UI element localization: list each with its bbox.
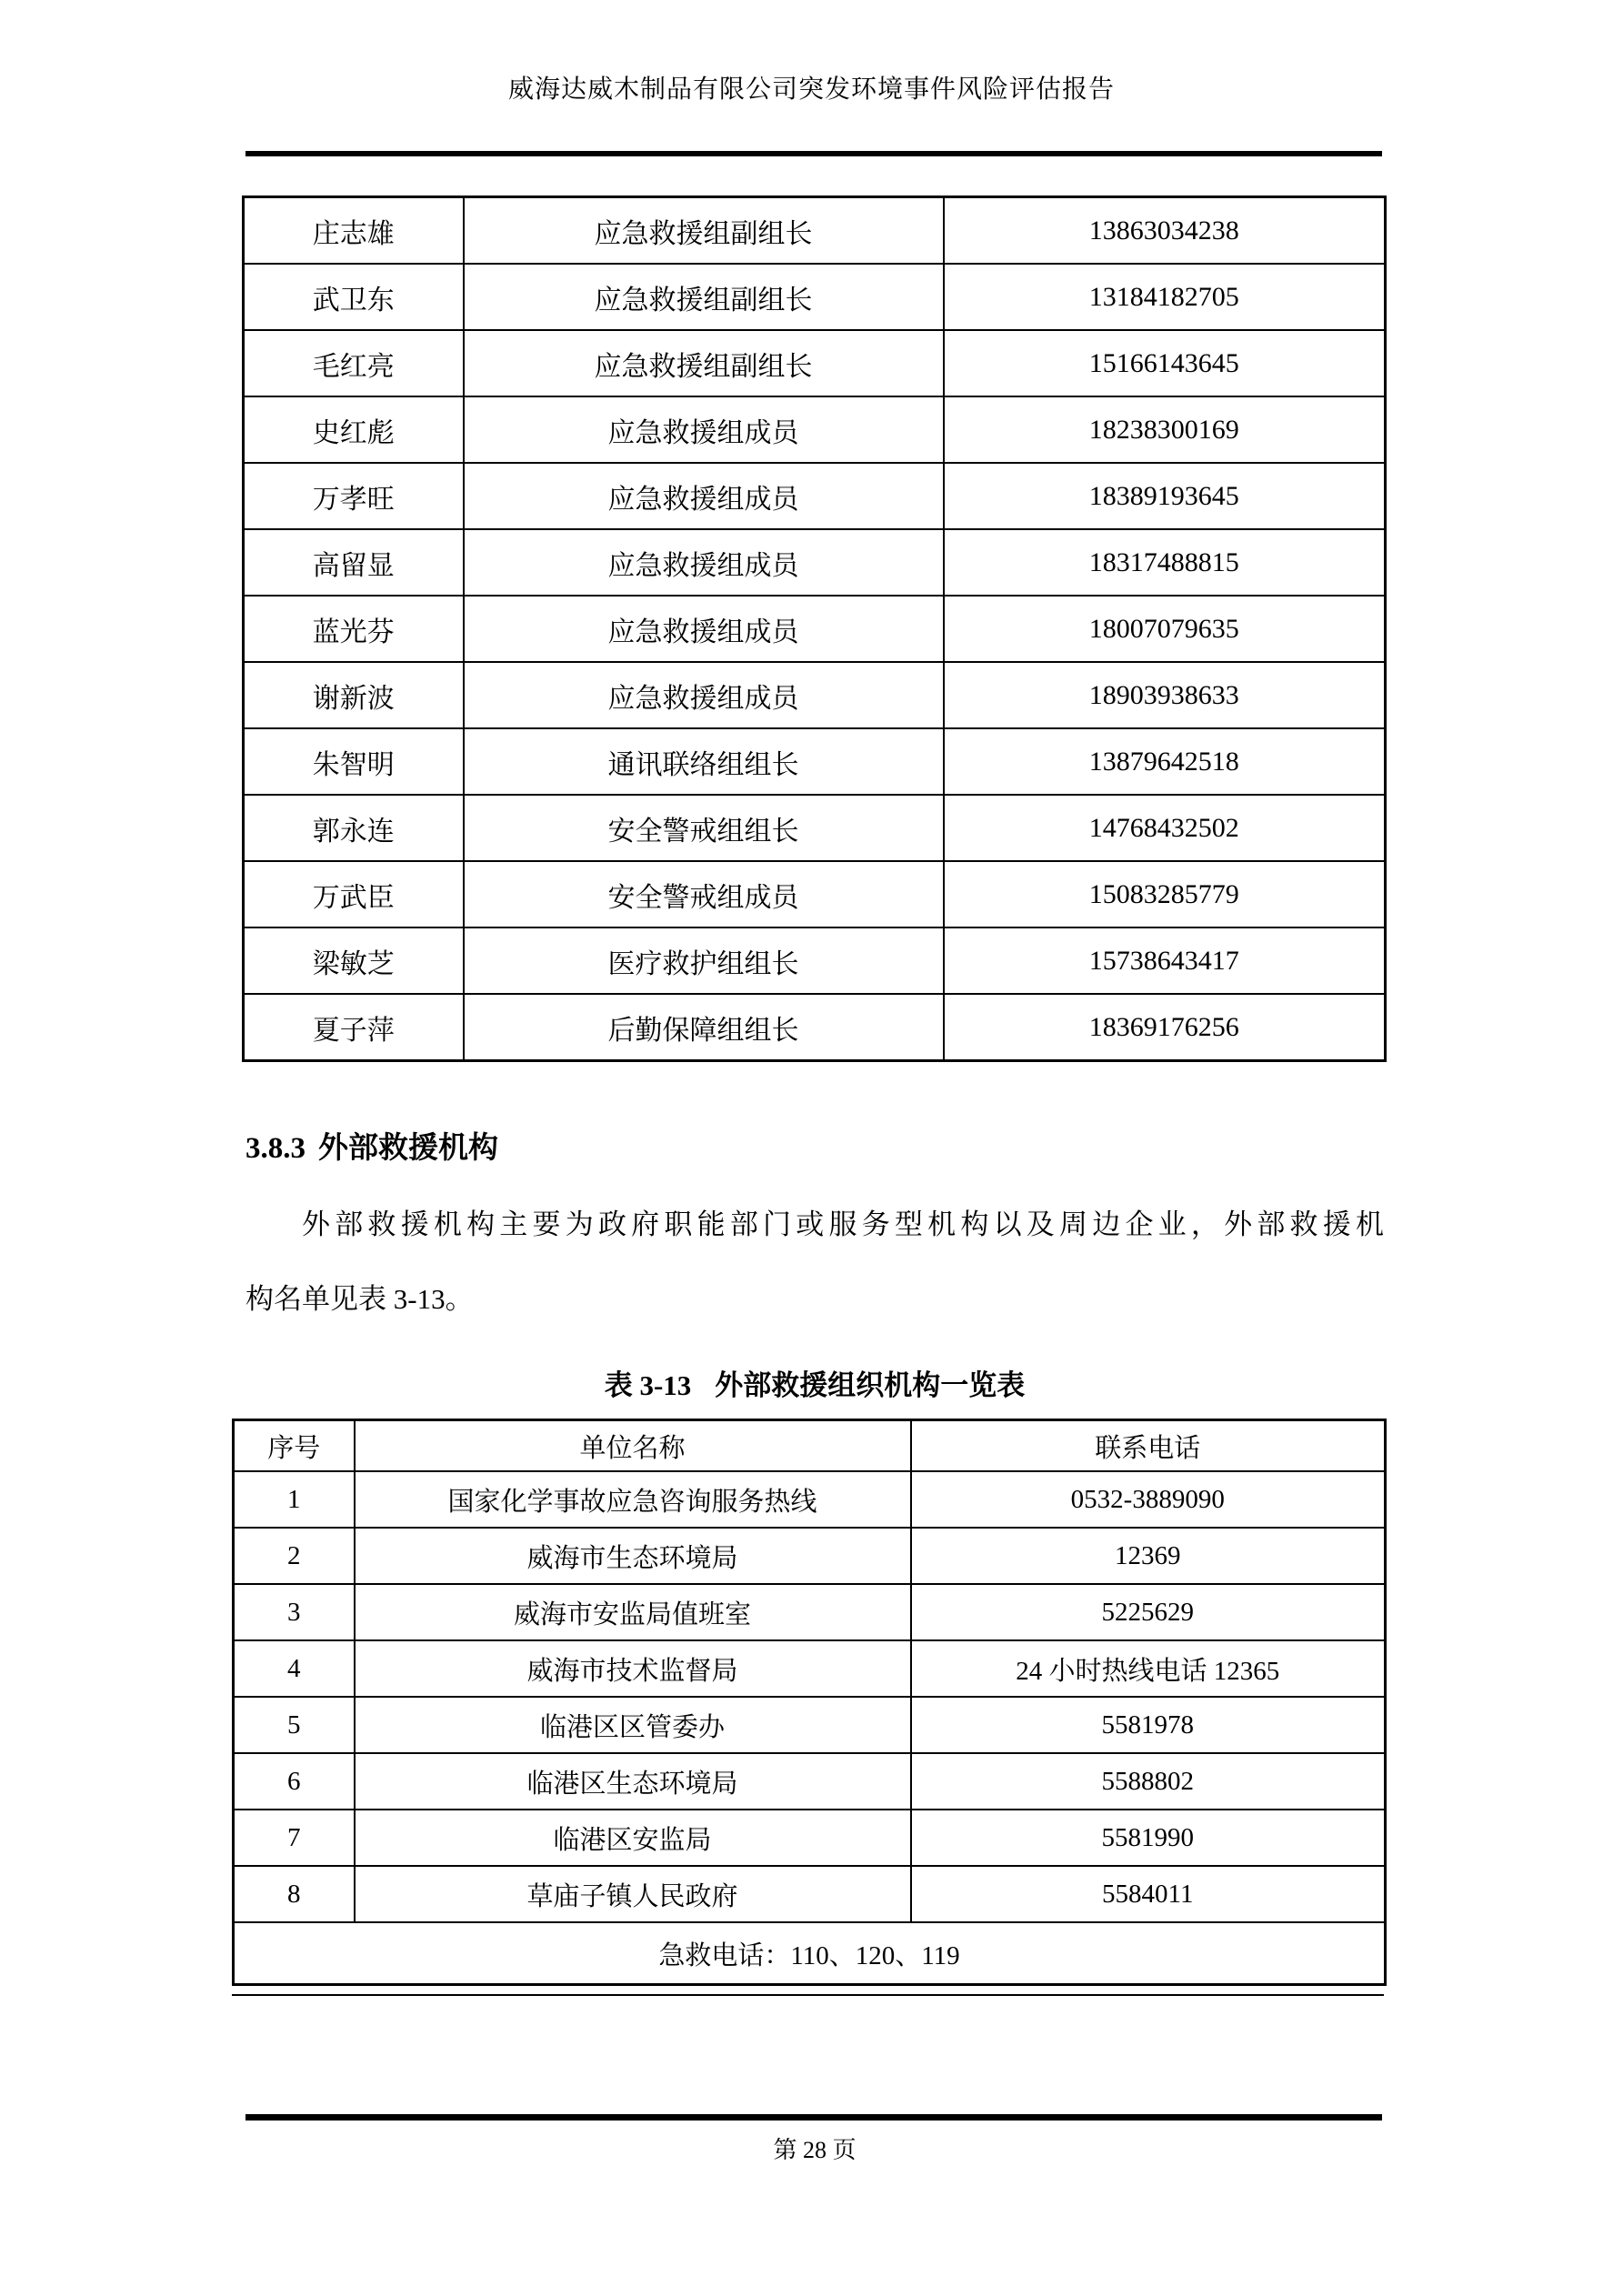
table-row: 郭永连 安全警戒组组长 14768432502 <box>244 795 1386 861</box>
section-heading: 3.8.3外部救援机构 <box>245 1124 498 1167</box>
table-row: 8 草庙子镇人民政府 5584011 <box>234 1866 1386 1922</box>
member-name: 万武臣 <box>244 861 464 927</box>
unit-name: 草庙子镇人民政府 <box>355 1866 911 1922</box>
emergency-team-table: 庄志雄 应急救援组副组长 13863034238 武卫东 应急救援组副组长 13… <box>242 196 1387 1062</box>
member-phone: 18389193645 <box>944 463 1386 529</box>
table-row: 6 临港区生态环境局 5588802 <box>234 1753 1386 1810</box>
member-phone: 18317488815 <box>944 529 1386 596</box>
member-phone: 15083285779 <box>944 861 1386 927</box>
document-page: 威海达威木制品有限公司突发环境事件风险评估报告 庄志雄 应急救援组副组长 138… <box>0 0 1623 2296</box>
header-rule <box>245 151 1382 156</box>
table-bottom-rule <box>232 1994 1384 1996</box>
column-header-phone: 联系电话 <box>911 1420 1386 1472</box>
unit-phone: 12369 <box>911 1528 1386 1584</box>
column-header-no: 序号 <box>234 1420 355 1472</box>
member-phone: 13184182705 <box>944 264 1386 330</box>
table-row: 5 临港区区管委办 5581978 <box>234 1697 1386 1753</box>
paragraph-line: 构名单见表 3-13。 <box>245 1262 1384 1337</box>
table-row: 4 威海市技术监督局 24 小时热线电话 12365 <box>234 1640 1386 1697</box>
emergency-phones-note: 急救电话：110、120、119 <box>234 1922 1386 1985</box>
table-3-13-caption: 表 3-13外部救援组织机构一览表 <box>245 1362 1384 1403</box>
table-row: 3 威海市安监局值班室 5225629 <box>234 1584 1386 1640</box>
row-no: 5 <box>234 1697 355 1753</box>
external-rescue-table: 序号 单位名称 联系电话 1 国家化学事故应急咨询服务热线 0532-38890… <box>232 1419 1387 1986</box>
member-name: 高留显 <box>244 529 464 596</box>
table-footer-row: 急救电话：110、120、119 <box>234 1922 1386 1985</box>
unit-name: 国家化学事故应急咨询服务热线 <box>355 1471 911 1528</box>
column-header-unit: 单位名称 <box>355 1420 911 1472</box>
row-no: 1 <box>234 1471 355 1528</box>
member-role: 应急救援组成员 <box>464 596 944 662</box>
paragraph-line: 外部救援机构主要为政府职能部门或服务型机构以及周边企业，外部救援机 <box>245 1188 1384 1262</box>
member-phone: 18903938633 <box>944 662 1386 728</box>
member-phone: 18007079635 <box>944 596 1386 662</box>
unit-phone: 5584011 <box>911 1866 1386 1922</box>
unit-phone: 5588802 <box>911 1753 1386 1810</box>
member-name: 史红彪 <box>244 396 464 463</box>
row-no: 3 <box>234 1584 355 1640</box>
unit-phone: 5225629 <box>911 1584 1386 1640</box>
row-no: 8 <box>234 1866 355 1922</box>
unit-name: 临港区生态环境局 <box>355 1753 911 1810</box>
row-no: 6 <box>234 1753 355 1810</box>
member-name: 夏子萍 <box>244 994 464 1061</box>
member-role: 医疗救护组组长 <box>464 927 944 994</box>
unit-name: 威海市安监局值班室 <box>355 1584 911 1640</box>
table-row: 毛红亮 应急救援组副组长 15166143645 <box>244 330 1386 396</box>
member-name: 庄志雄 <box>244 197 464 265</box>
member-phone: 15166143645 <box>944 330 1386 396</box>
table-row: 梁敏芝 医疗救护组组长 15738643417 <box>244 927 1386 994</box>
row-no: 4 <box>234 1640 355 1697</box>
row-no: 2 <box>234 1528 355 1584</box>
table-row: 谢新波 应急救援组成员 18903938633 <box>244 662 1386 728</box>
unit-phone: 24 小时热线电话 12365 <box>911 1640 1386 1697</box>
report-header-title: 威海达威木制品有限公司突发环境事件风险评估报告 <box>0 69 1623 105</box>
member-phone: 13863034238 <box>944 197 1386 265</box>
unit-phone: 5581990 <box>911 1810 1386 1866</box>
unit-name: 威海市技术监督局 <box>355 1640 911 1697</box>
member-phone: 15738643417 <box>944 927 1386 994</box>
footer-rule <box>245 2114 1382 2121</box>
table-row: 庄志雄 应急救援组副组长 13863034238 <box>244 197 1386 265</box>
member-role: 应急救援组成员 <box>464 463 944 529</box>
table-row: 武卫东 应急救援组副组长 13184182705 <box>244 264 1386 330</box>
page-number: 第 28 页 <box>245 2131 1384 2165</box>
member-name: 朱智明 <box>244 728 464 795</box>
member-role: 应急救援组副组长 <box>464 197 944 265</box>
table-row: 蓝光芬 应急救援组成员 18007079635 <box>244 596 1386 662</box>
member-name: 毛红亮 <box>244 330 464 396</box>
member-role: 应急救援组副组长 <box>464 264 944 330</box>
table-row: 朱智明 通讯联络组组长 13879642518 <box>244 728 1386 795</box>
member-phone: 18238300169 <box>944 396 1386 463</box>
row-no: 7 <box>234 1810 355 1866</box>
member-phone: 18369176256 <box>944 994 1386 1061</box>
table-row: 2 威海市生态环境局 12369 <box>234 1528 1386 1584</box>
table-row: 史红彪 应急救援组成员 18238300169 <box>244 396 1386 463</box>
member-role: 应急救援组成员 <box>464 396 944 463</box>
member-role: 应急救援组成员 <box>464 529 944 596</box>
member-name: 梁敏芝 <box>244 927 464 994</box>
table-caption-number: 表 3-13 <box>605 1369 692 1401</box>
member-name: 万孝旺 <box>244 463 464 529</box>
table-row: 1 国家化学事故应急咨询服务热线 0532-3889090 <box>234 1471 1386 1528</box>
member-name: 武卫东 <box>244 264 464 330</box>
member-name: 谢新波 <box>244 662 464 728</box>
section-number: 3.8.3 <box>245 1132 306 1165</box>
table-row: 夏子萍 后勤保障组组长 18369176256 <box>244 994 1386 1061</box>
member-name: 蓝光芬 <box>244 596 464 662</box>
member-role: 安全警戒组组长 <box>464 795 944 861</box>
unit-name: 临港区安监局 <box>355 1810 911 1866</box>
unit-phone: 0532-3889090 <box>911 1471 1386 1528</box>
table-row: 高留显 应急救援组成员 18317488815 <box>244 529 1386 596</box>
table-caption-text: 外部救援组织机构一览表 <box>715 1369 1025 1401</box>
member-role: 应急救援组副组长 <box>464 330 944 396</box>
member-role: 应急救援组成员 <box>464 662 944 728</box>
member-name: 郭永连 <box>244 795 464 861</box>
member-phone: 14768432502 <box>944 795 1386 861</box>
table-row: 7 临港区安监局 5581990 <box>234 1810 1386 1866</box>
member-role: 后勤保障组组长 <box>464 994 944 1061</box>
table-row: 万孝旺 应急救援组成员 18389193645 <box>244 463 1386 529</box>
unit-name: 临港区区管委办 <box>355 1697 911 1753</box>
member-phone: 13879642518 <box>944 728 1386 795</box>
unit-name: 威海市生态环境局 <box>355 1528 911 1584</box>
unit-phone: 5581978 <box>911 1697 1386 1753</box>
body-paragraph: 外部救援机构主要为政府职能部门或服务型机构以及周边企业，外部救援机 构名单见表 … <box>245 1188 1384 1337</box>
member-role: 通讯联络组组长 <box>464 728 944 795</box>
section-title: 外部救援机构 <box>318 1130 498 1164</box>
member-role: 安全警戒组成员 <box>464 861 944 927</box>
table-header-row: 序号 单位名称 联系电话 <box>234 1420 1386 1472</box>
table-row: 万武臣 安全警戒组成员 15083285779 <box>244 861 1386 927</box>
